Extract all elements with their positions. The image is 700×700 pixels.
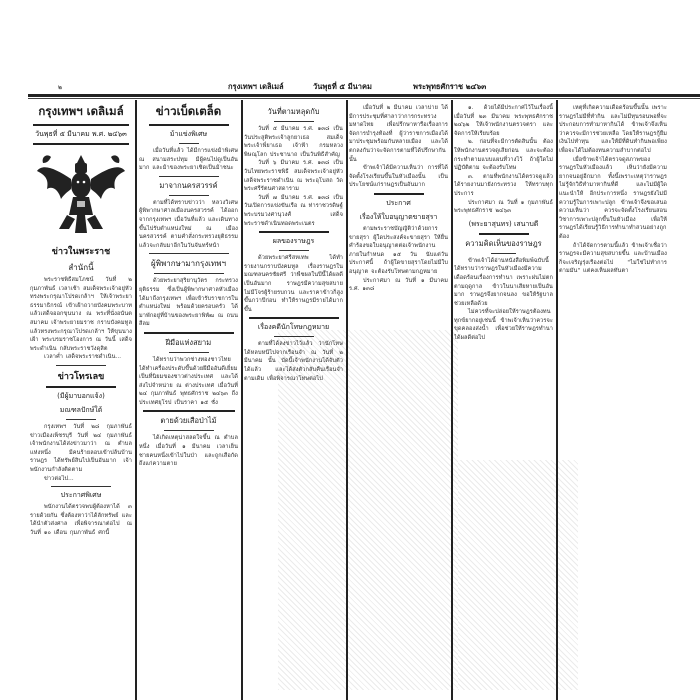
article-paragraph: ๓. ตามที่พนักงานได้ตรวจดูแล้ว ได้รายงานม… <box>454 173 553 199</box>
column-divider <box>451 100 453 700</box>
era-year: พระพุทธศักราช ๒๔๖๓ <box>413 81 486 93</box>
article-paragraph: ไม่ควรที่จะปล่อยให้ราษฎรต้องทนทุกข์ยากอย… <box>454 308 553 342</box>
rule <box>479 233 529 235</box>
article-paragraph: เวลาค่ำ เสด็จพระราชดำเนิน... <box>30 353 132 362</box>
rule <box>33 124 129 126</box>
column-6: เหตุที่เกิดความเดือดร้อนขึ้นนั้น เพราะรา… <box>559 100 667 700</box>
article-paragraph: ๒. ก่อนที่จะมีการตัดสินนั้น ต้องให้พนักง… <box>454 138 553 172</box>
rule <box>279 250 309 251</box>
section-heading: ประกาศพิเศษ <box>30 490 132 501</box>
signer: (พระยาสุนทร) เสนาบดี <box>454 219 553 230</box>
column-4: เมื่อวันที่ ๒ มีนาคม เวลาบ่าย ได้มีการปร… <box>349 100 448 700</box>
rule <box>144 332 234 334</box>
garuda-emblem-icon <box>31 149 131 241</box>
article-paragraph: ข่าวต่อไป... <box>30 475 132 484</box>
article-paragraph: พนักงานได้ตรวจพบผู้ต้องหาได้ ๓ รายด้วยกั… <box>30 503 132 537</box>
top-rule-thin <box>28 98 700 99</box>
article-paragraph: พระราชพิธีสมโภชน์ วันที่ ๒ กุมภาพันธ์ เว… <box>30 276 132 353</box>
column-3: วันที่ตามหลุดกับ วันที่ ๕ มีนาคม ร.ศ. ๑๓… <box>244 100 343 700</box>
article-paragraph: วันที่ ๕ มีนาคม ร.ศ. ๑๓๘ เป็นวันประสูติพ… <box>244 125 343 159</box>
column-2: ข่าวเบ็ดเตล็ด ม้าแข่งพิเศษ เมื่อวันที่แล… <box>139 100 238 700</box>
column-divider <box>241 100 243 700</box>
rule <box>374 193 424 195</box>
rule <box>149 124 229 126</box>
rule <box>46 386 116 388</box>
column-5: ๑. ด้วยได้มีประกาศไว้ในเรื่องนี้ เมื่อวั… <box>454 100 553 700</box>
column-divider <box>556 100 558 700</box>
section-subheading: (มีผู้มาบอกแจ้ง) <box>30 391 132 402</box>
section-heading: เรื่องคดีนักโทษกฎหมาย <box>244 322 343 333</box>
rule <box>179 143 199 144</box>
article-paragraph: ตามที่ได้ทราบข่าวว่า หลวงวิเศษ ผู้พิพากษ… <box>139 199 238 251</box>
dateline: วันพุธที่ ๕ มีนาคม พ.ศ. ๒๔๖๓ <box>30 129 132 140</box>
article-paragraph: เมื่อวันที่แล้ว ได้มีการแข่งม้าพิเศษ ณ ส… <box>139 147 238 173</box>
article-paragraph: ข้าพเจ้าได้อ่านหนังสือพิมพ์ฉบับนี้ ได้ทร… <box>454 257 553 309</box>
rule <box>169 352 209 353</box>
rule <box>164 430 214 431</box>
rule <box>56 365 106 366</box>
section-subheading: สำนักนี้ <box>30 261 132 274</box>
masthead: ๒ กรุงเทพฯ เดลิเมล์ วันพุธที่ ๕ มีนาคม พ… <box>28 80 700 94</box>
section-heading: ความคิดเห็นของราษฎร <box>454 238 553 250</box>
rule <box>33 143 129 145</box>
section-subheading: เรื่องให้ใบอนุญาตขายสุรา <box>349 212 448 223</box>
article-paragraph: ประกาศมา ณ วันที่ ๑ มีนาคม ร.ศ. ๑๓๘ <box>349 277 448 294</box>
article-paragraph: เหตุที่เกิดความเดือดร้อนขึ้นนั้น เพราะรา… <box>559 104 667 156</box>
section-heading-miscellaneous: ข่าวเบ็ดเตล็ด <box>139 103 238 121</box>
article-paragraph: ถ้าได้จัดการตามนี้แล้ว ข้าพเจ้าเชื่อว่าร… <box>559 242 667 276</box>
article-paragraph: ๑. ด้วยได้มีประกาศไว้ในเรื่องนี้ เมื่อวั… <box>454 104 553 138</box>
article-paragraph: ได้เกิดเหตุน่าสลดใจขึ้น ณ ตำบลหนึ่ง เมื่… <box>139 434 238 468</box>
rule <box>249 317 339 319</box>
article-paragraph: วันที่ ๖ มีนาคม ร.ศ. ๑๓๘ เป็นวันไทยพระรา… <box>244 159 343 193</box>
section-heading-telegraph-news: ข่าวโทรเลข <box>30 369 132 383</box>
rule <box>491 253 516 254</box>
page-number: ๒ <box>58 82 62 92</box>
rule <box>154 273 224 274</box>
section-heading: วันที่ตามหลุดกับ <box>244 106 343 118</box>
article-paragraph: เมื่อวันที่ ๒ มีนาคม เวลาบ่าย ได้มีการปร… <box>349 104 448 164</box>
rule <box>149 253 229 254</box>
section-heading-royal-news: ข่าวในพระราช <box>30 244 132 258</box>
rule <box>274 336 314 337</box>
rule <box>274 121 314 122</box>
article-paragraph: เมื่อข้าพเจ้าได้ตรวจดูสภาพของราษฎรในหัวเ… <box>559 156 667 242</box>
section-subheading: ม้าแข่งพิเศษ <box>139 129 238 140</box>
article-paragraph: ตามพระราชบัญญัติว่าด้วยการขายสุรา ผู้ใดป… <box>349 225 448 277</box>
section-heading: ตายด้วยเสือป่าไม้ <box>139 415 238 427</box>
article-paragraph: วันที่ ๗ มีนาคม ร.ศ. ๑๓๘ เป็นวันเปิดการแ… <box>244 194 343 228</box>
section-heading: ผลของราษฎร <box>244 236 343 247</box>
article-paragraph: ด้วยพระยาศรีสหเทพ ได้ทำรายงานกราบบังคมทู… <box>244 254 343 314</box>
section-heading: ฝีมือแห่งสยาม <box>139 337 238 349</box>
rule <box>66 419 96 420</box>
article-paragraph: ด้วยพระยาสุริยานุวัตร กระทรวงยุติธรรม ซึ… <box>139 277 238 329</box>
signature-date: ประกาศมา ณ วันที่ ๑ กุมภาพันธ์ พระพุทธศั… <box>454 199 553 216</box>
column-1: กรุงเทพฯ เดลิเมล์ วันพุธที่ ๕ มีนาคม พ.ศ… <box>30 100 132 700</box>
top-rule <box>28 94 700 97</box>
rule <box>143 410 235 412</box>
rule <box>51 486 111 487</box>
rule <box>169 195 209 196</box>
section-heading: ผู้พิพากษามากรุงเทพฯ <box>139 257 238 270</box>
rule <box>259 231 329 233</box>
article-paragraph: ได้ทราบว่าพวกช่างทองชาวไทย ได้ทำเครื่องป… <box>139 356 238 408</box>
rule <box>159 176 219 177</box>
column-divider <box>135 100 137 700</box>
issue-date: วันพุธที่ ๕ มีนาคม <box>313 81 372 93</box>
article-paragraph: กรุงเทพฯ วันที่ ๒๘ กุมภาพันธ์ ข่าวเมืองเ… <box>30 423 132 475</box>
article-paragraph: ข้าพเจ้าได้มีความเห็นว่า การที่ได้จัดตั้… <box>349 164 448 190</box>
section-heading: มาจากนครสวรรค์ <box>139 180 238 192</box>
article-paragraph: ตามที่ได้ลงข่าวไว้แล้ว ว่านักโทษได้หลบหน… <box>244 340 343 383</box>
paper-name: กรุงเทพฯ เดลิเมล์ <box>228 81 284 93</box>
column-divider <box>346 100 348 700</box>
nameplate: กรุงเทพฯ เดลิเมล์ <box>30 103 132 121</box>
section-subheading: มณฑลปักษ์ใต้ <box>30 405 132 416</box>
newspaper-page: ๒ กรุงเทพฯ เดลิเมล์ วันพุธที่ ๕ มีนาคม พ… <box>28 80 700 700</box>
section-heading: ประกาศ <box>349 198 448 209</box>
